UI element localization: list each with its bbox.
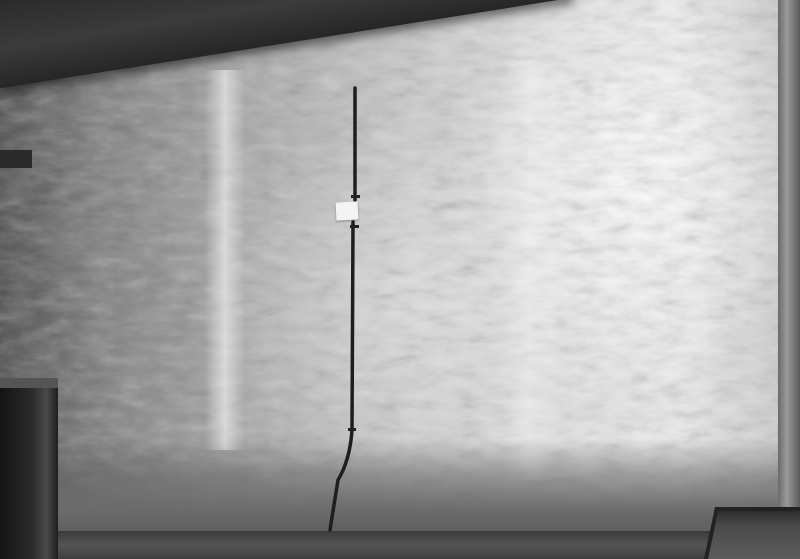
blank-white-tag [336, 201, 359, 220]
vertical-conduit-pipe [0, 0, 800, 559]
crate-top-slat [0, 378, 58, 388]
wooden-crate [0, 378, 58, 559]
corner-box [704, 507, 800, 559]
photograph [0, 0, 800, 559]
wooden-post [778, 0, 800, 559]
